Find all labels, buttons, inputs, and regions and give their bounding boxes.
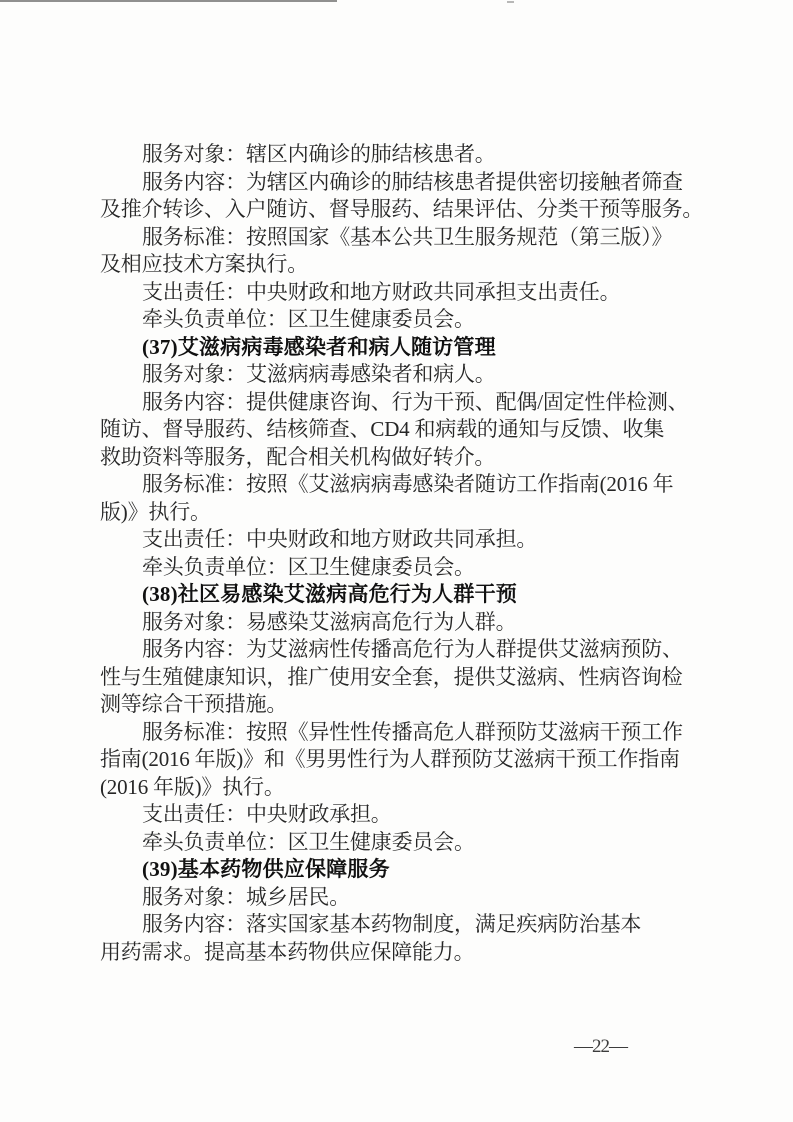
text-line: 救助资料等服务，配合相关机构做好转介。 <box>100 444 696 472</box>
paragraph: 服务标准：按照国家《基本公共卫生服务规范（第三版）》及相应技术方案执行。 <box>100 224 696 279</box>
paragraph: 服务内容：提供健康咨询、行为干预、配偶/固定性伴检测、随访、督导服药、结核筛查、… <box>100 389 696 472</box>
paragraph: 服务标准：按照《艾滋病病毒感染者随访工作指南(2016 年版)》执行。 <box>100 471 696 526</box>
paragraph: 服务对象：辖区内确诊的肺结核患者。 <box>100 141 696 169</box>
text-line: 测等综合干预措施。 <box>100 691 696 719</box>
text-line: 支出责任：中央财政和地方财政共同承担。 <box>100 526 696 554</box>
text-line: 服务标准：按照《异性性传播高危人群预防艾滋病干预工作 <box>100 719 696 747</box>
text-line: 随访、督导服药、结核筛查、CD4 和病载的通知与反馈、收集 <box>100 416 696 444</box>
document-page: 服务对象：辖区内确诊的肺结核患者。服务内容：为辖区内确诊的肺结核患者提供密切接触… <box>0 0 793 1122</box>
paragraph: 服务对象：城乡居民。 <box>100 884 696 912</box>
text-line: 牵头负责单位：区卫生健康委员会。 <box>100 554 696 582</box>
text-line: 及推介转诊、入户随访、督导服药、结果评估、分类干预等服务。 <box>100 196 696 224</box>
text-line: 服务对象：辖区内确诊的肺结核患者。 <box>100 141 696 169</box>
paragraph: 服务内容：为辖区内确诊的肺结核患者提供密切接触者筛查及推介转诊、入户随访、督导服… <box>100 169 696 224</box>
text-line: 性与生殖健康知识，推广使用安全套，提供艾滋病、性病咨询检 <box>100 664 696 692</box>
text-line: 服务内容：落实国家基本药物制度，满足疾病防治基本 <box>100 911 696 939</box>
text-line: 指南(2016 年版)》和《男男性行为人群预防艾滋病干预工作指南 <box>100 746 696 774</box>
paragraph: 支出责任：中央财政承担。 <box>100 801 696 829</box>
text-line: 服务对象：城乡居民。 <box>100 884 696 912</box>
text-line: (38)社区易感染艾滋病高危行为人群干预 <box>100 581 696 609</box>
paragraph: 服务内容：为艾滋病性传播高危行为人群提供艾滋病预防、性与生殖健康知识，推广使用安… <box>100 636 696 719</box>
text-line: (2016 年版)》执行。 <box>100 774 696 802</box>
paragraph: 服务对象：易感染艾滋病高危行为人群。 <box>100 609 696 637</box>
paragraph: 服务标准：按照《异性性传播高危人群预防艾滋病干预工作指南(2016 年版)》和《… <box>100 719 696 802</box>
paragraph: 支出责任：中央财政和地方财政共同承担支出责任。 <box>100 279 696 307</box>
paragraph: 服务内容：落实国家基本药物制度，满足疾病防治基本用药需求。提高基本药物供应保障能… <box>100 911 696 966</box>
text-line: 服务内容：为辖区内确诊的肺结核患者提供密切接触者筛查 <box>100 169 696 197</box>
paragraph: 服务对象：艾滋病病毒感染者和病人。 <box>100 361 696 389</box>
scan-edge-artifact <box>0 0 337 2</box>
page-number: —22— <box>574 1036 627 1058</box>
text-line: (39)基本药物供应保障服务 <box>100 856 696 884</box>
section-heading: (39)基本药物供应保障服务 <box>100 856 696 884</box>
text-line: 支出责任：中央财政承担。 <box>100 801 696 829</box>
paragraph: 支出责任：中央财政和地方财政共同承担。 <box>100 526 696 554</box>
text-line: 服务内容：提供健康咨询、行为干预、配偶/固定性伴检测、 <box>100 389 696 417</box>
text-line: 用药需求。提高基本药物供应保障能力。 <box>100 939 696 967</box>
text-line: 服务对象：易感染艾滋病高危行为人群。 <box>100 609 696 637</box>
text-line: 牵头负责单位：区卫生健康委员会。 <box>100 829 696 857</box>
section-heading: (37)艾滋病病毒感染者和病人随访管理 <box>100 334 696 362</box>
paragraph: 牵头负责单位：区卫生健康委员会。 <box>100 554 696 582</box>
section-heading: (38)社区易感染艾滋病高危行为人群干预 <box>100 581 696 609</box>
text-line: 版)》执行。 <box>100 499 696 527</box>
text-line: 服务标准：按照《艾滋病病毒感染者随访工作指南(2016 年 <box>100 471 696 499</box>
text-line: 服务对象：艾滋病病毒感染者和病人。 <box>100 361 696 389</box>
scan-speck-artifact <box>507 1 514 3</box>
text-line: 支出责任：中央财政和地方财政共同承担支出责任。 <box>100 279 696 307</box>
paragraph: 牵头负责单位：区卫生健康委员会。 <box>100 829 696 857</box>
text-line: 服务内容：为艾滋病性传播高危行为人群提供艾滋病预防、 <box>100 636 696 664</box>
text-line: 牵头负责单位：区卫生健康委员会。 <box>100 306 696 334</box>
text-line: 服务标准：按照国家《基本公共卫生服务规范（第三版）》 <box>100 224 696 252</box>
paragraph: 牵头负责单位：区卫生健康委员会。 <box>100 306 696 334</box>
text-line: (37)艾滋病病毒感染者和病人随访管理 <box>100 334 696 362</box>
text-line: 及相应技术方案执行。 <box>100 251 696 279</box>
document-body: 服务对象：辖区内确诊的肺结核患者。服务内容：为辖区内确诊的肺结核患者提供密切接触… <box>100 141 696 966</box>
